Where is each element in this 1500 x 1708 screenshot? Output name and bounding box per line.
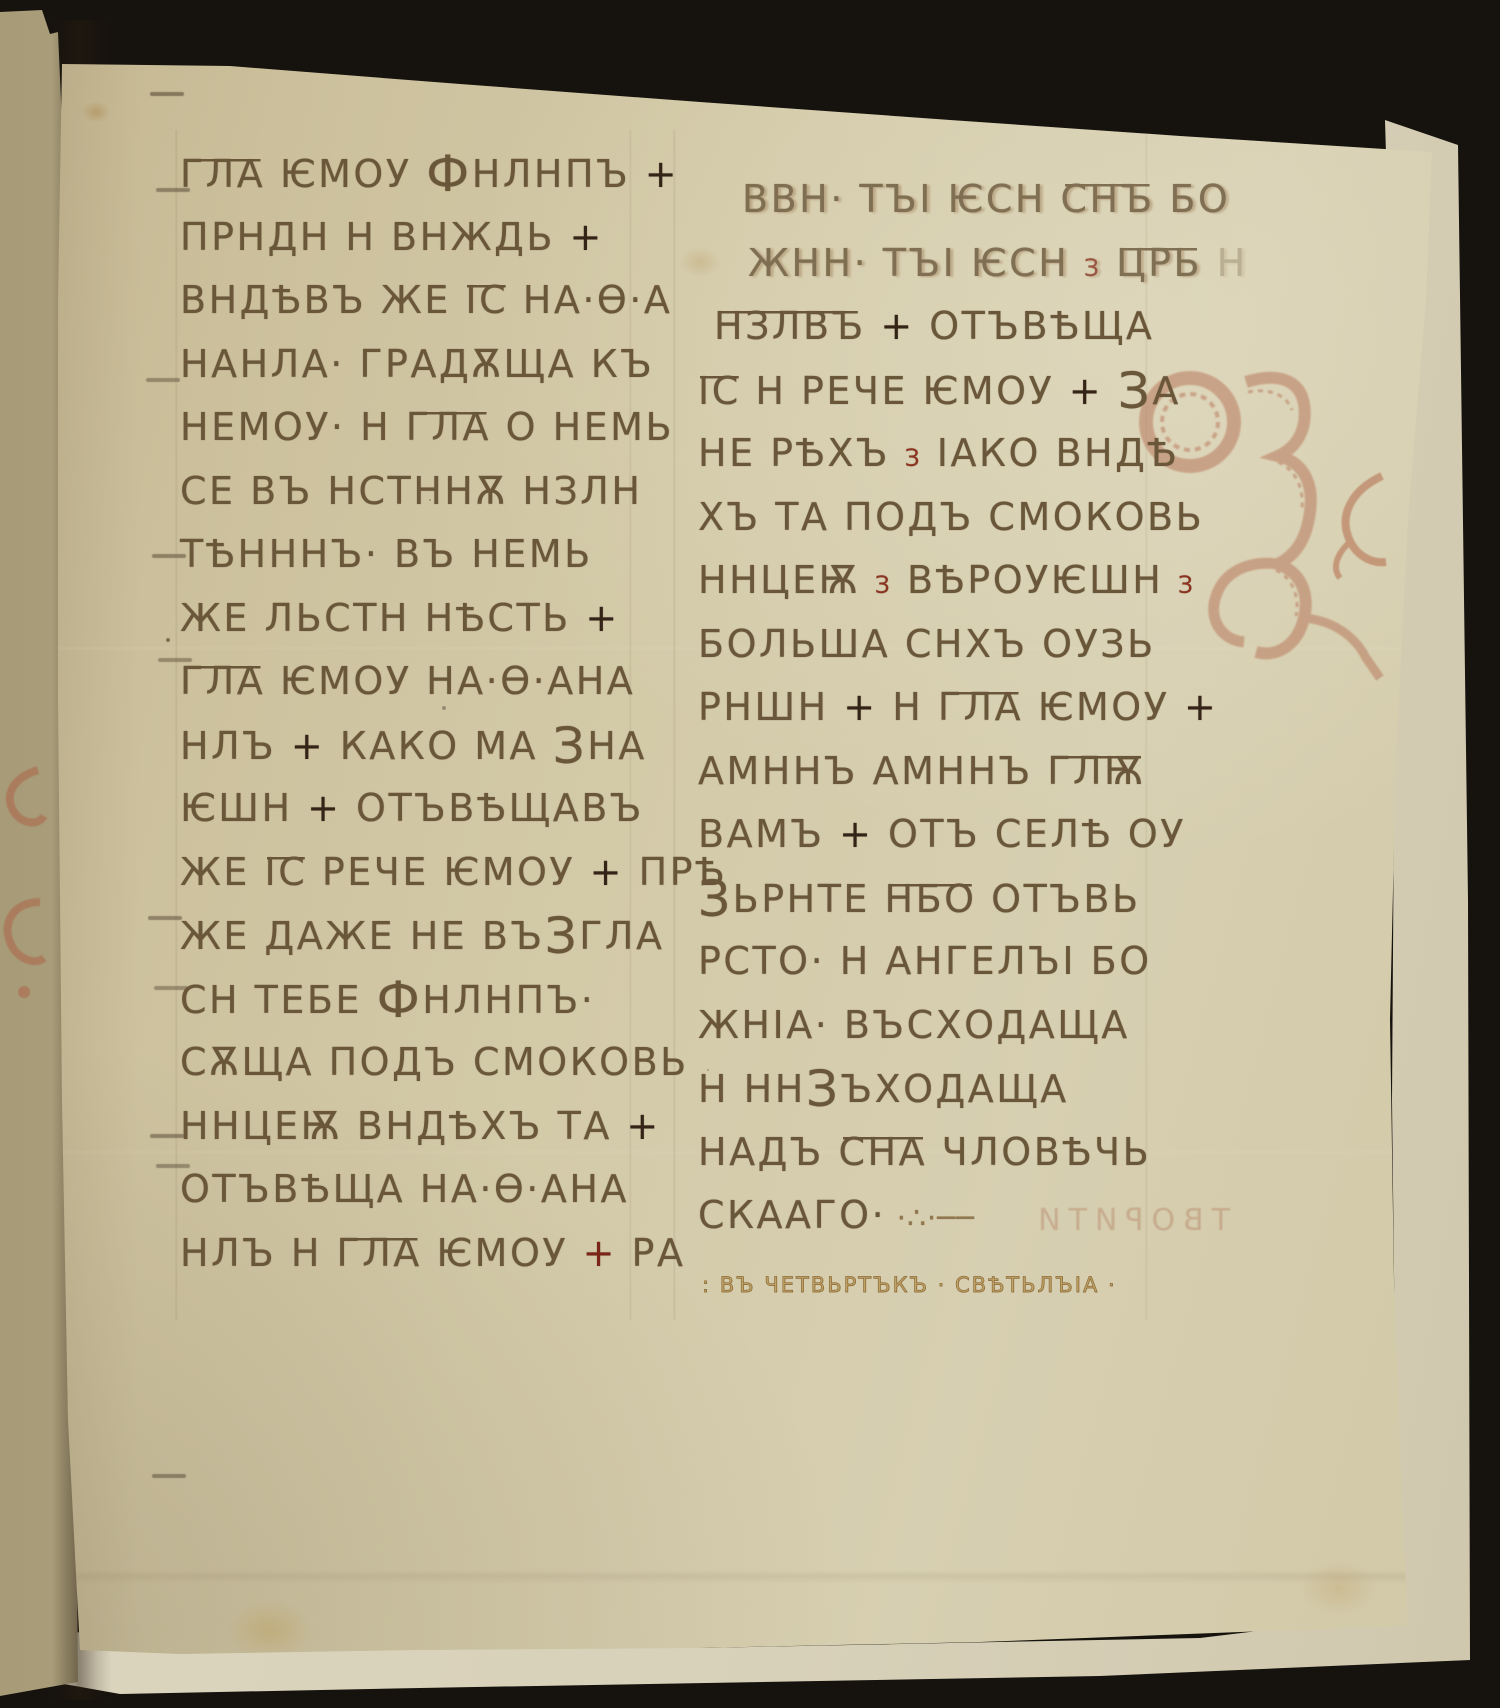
manuscript-line: ІС Н РЕЧЕ ѤМОУ + ЗА: [698, 359, 1178, 423]
manuscript-line: НЛЪ + КАКО МА ЗНА: [180, 714, 660, 778]
manuscript-line: ВНДѢВЪ ЖЕ ІС НА·Ѳ·А: [180, 269, 660, 333]
manuscript-line: ВАМЪ + ОТЪ СЕЛѢ ОУ: [698, 803, 1178, 867]
manuscript-line: СН ТЕБЕ ФНЛНПЪ·: [180, 968, 660, 1032]
bleedthrough-ghost-text: ТВОРИТИ: [980, 1196, 1230, 1246]
manuscript-line: ВВН· ТЪІ ѤСН СНЪ БО: [698, 168, 1178, 232]
manuscript-line: НЕМОУ· Н ГЛА О НЕМЬ: [180, 396, 660, 460]
manuscript-line: АМННЪ АМННЪ ГЛѬ: [698, 740, 1178, 804]
manuscript-line: НЕ РѢХЪ З ІАКО ВНДѢ: [698, 422, 1178, 486]
manuscript-line: РСТО· Н АНГЕЛЪІ БО: [698, 930, 1178, 994]
manuscript-line: ГЛА ѤМОУ НА·Ѳ·АНА: [180, 650, 660, 714]
manuscript-line: ГЛА ѤМОУ ФНЛНПЪ +: [180, 142, 660, 206]
left-text-column: ГЛА ѤМОУ ФНЛНПЪ + ПРНДН Н ВНЖДЬ + ВНДѢВЪ…: [180, 142, 660, 1285]
manuscript-line: ЖЕ ІС РЕЧЕ ѤМОУ + ПРѢ: [180, 841, 660, 905]
right-text-column: ВВН· ТЪІ ѤСН СНЪ БО ЖНН· ТЪІ ѤСН З ЦРЬ Н…: [698, 168, 1178, 1248]
bleedthrough-margin-curl: [1322, 470, 1402, 590]
bleedthrough-left-fragments: [0, 752, 50, 1022]
manuscript-line: БОЛЬША СНХЪ ОУЗЬ: [698, 613, 1178, 677]
manuscript-line: СѪЩА ПОДЪ СМОКОВЬ: [180, 1031, 660, 1095]
manuscript-line: ЖНН· ТЪІ ѤСН З ЦРЬ Н: [698, 232, 1178, 296]
manuscript-line: ННЦЕѬ ВНДѢХЪ ТА +: [180, 1095, 660, 1159]
manuscript-line: НАНЛА· ГРАДѪЩА КЪ: [180, 333, 660, 397]
manuscript-line: НЛЪ Н ГЛА ѤМОУ + РА: [180, 1222, 660, 1286]
binding-notches: [150, 0, 184, 4]
manuscript-line: ЖЕ ДАЖЕ НЕ ВЪЗГЛА: [180, 904, 660, 968]
manuscript-line: ПРНДН Н ВНЖДЬ +: [180, 206, 660, 270]
manuscript-line: РНШН + Н ГЛА ѤМОУ +: [698, 676, 1178, 740]
ink-specks: [166, 638, 170, 642]
manuscript-line: ЗЬРНТЕ НБО ОТЪВЬ: [698, 867, 1178, 931]
manuscript-line: ХЪ ТА ПОДЪ СМОКОВЬ: [698, 486, 1178, 550]
manuscript-line: НАДЪ СНА ЧЛОВѢЧЬ: [698, 1121, 1178, 1185]
liturgical-rubric: : ВЪ ЧЕТВЬРТЪКЪ · СВѢТЬЛЪІА ·: [702, 1262, 1162, 1308]
manuscript-photograph: ГЛА ѤМОУ ФНЛНПЪ + ПРНДН Н ВНЖДЬ + ВНДѢВЪ…: [0, 0, 1500, 1708]
manuscript-line: ОТЪВѢЩА НА·Ѳ·АНА: [180, 1158, 660, 1222]
manuscript-line: СЕ ВЪ НСТННѪ НЗЛН: [180, 460, 660, 524]
manuscript-line: ЖНІА· ВЪСХОДАЩА: [698, 994, 1178, 1058]
manuscript-line: ТѢНННЪ· ВЪ НЕМЬ: [180, 523, 660, 587]
manuscript-line: ѤШН + ОТЪВѢЩАВЪ: [180, 777, 660, 841]
manuscript-line: ННЦЕѬ З ВѢРОУѤШН З: [698, 549, 1178, 613]
manuscript-line: Н ННЗЪХОДАЩА: [698, 1057, 1178, 1121]
manuscript-line: НЗЛВЪ + ОТЪВѢЩА: [698, 295, 1178, 359]
manuscript-line: ЖЕ ЛЬСТН НѢСТЬ +: [180, 587, 660, 651]
